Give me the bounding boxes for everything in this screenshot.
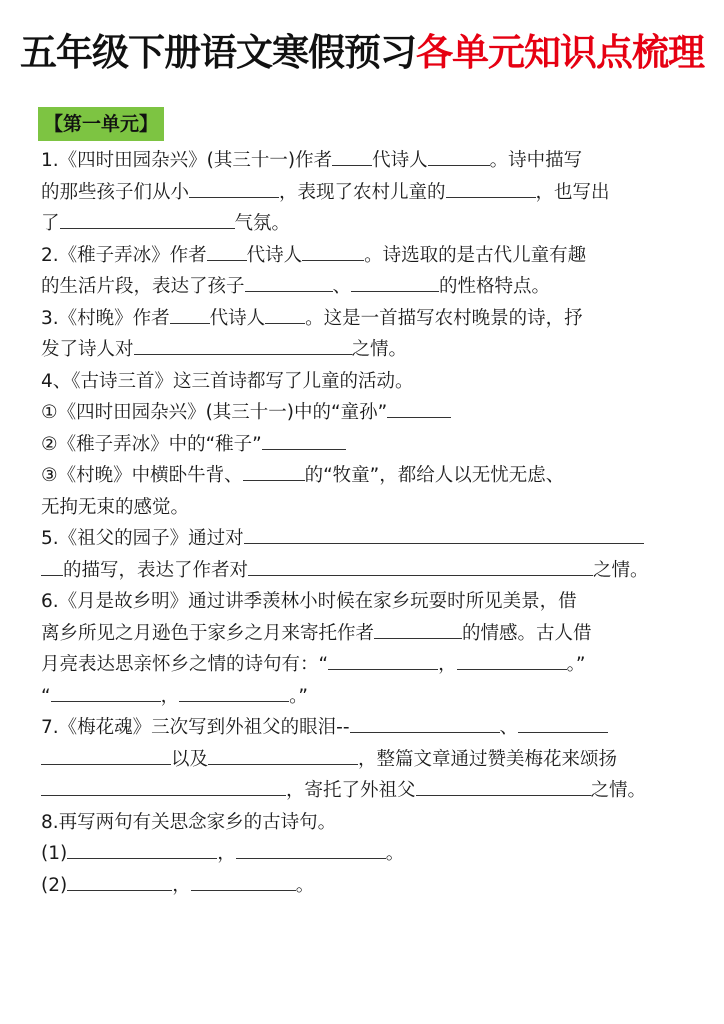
question-text: 。 — [386, 843, 405, 864]
question-text: 离乡所见之月逊色于家乡之月来寄托作者 — [41, 623, 374, 644]
answer-blank[interactable] — [243, 460, 305, 481]
question-text: 3.《村晚》作者 — [41, 308, 170, 329]
question-line: 发了诗人对之情。 — [41, 334, 691, 366]
answer-blank[interactable] — [428, 145, 490, 166]
answer-blank[interactable] — [332, 145, 372, 166]
question-text: 。诗选取的是古代儿童有趣 — [364, 245, 586, 266]
question-line: “，。” — [41, 681, 691, 713]
answer-blank[interactable] — [60, 208, 235, 229]
answer-blank[interactable] — [302, 240, 364, 261]
question-line: 离乡所见之月逊色于家乡之月来寄托作者的情感。古人借 — [41, 618, 691, 650]
question-text: ，表现了农村儿童的 — [279, 182, 446, 203]
question-4: 4、《古诗三首》这三首诗都写了儿童的活动。①《四时田园杂兴》(其三十一)中的“童… — [41, 366, 691, 524]
question-3: 3.《村晚》作者代诗人。这是一首描写农村晚景的诗，抒发了诗人对之情。 — [41, 303, 691, 366]
question-text: 了 — [41, 213, 60, 234]
answer-blank[interactable] — [387, 397, 451, 418]
question-text: 发了诗人对 — [41, 339, 134, 360]
question-text: 6.《月是故乡明》通过讲季羡林小时候在家乡玩耍时所见美景，借 — [41, 591, 577, 612]
question-text: 的“牧童”，都给人以无忧无虑、 — [305, 465, 565, 486]
question-line: 1.《四时田园杂兴》(其三十一)作者代诗人。诗中描写 — [41, 145, 691, 177]
question-text: 的那些孩子们从小 — [41, 182, 189, 203]
answer-blank[interactable] — [245, 271, 333, 292]
answer-blank[interactable] — [41, 744, 171, 765]
question-text: 的情感。古人借 — [462, 623, 592, 644]
question-line: 的那些孩子们从小，表现了农村儿童的，也写出 — [41, 177, 691, 209]
question-text: ，整篇文章通过赞美梅花来颂扬 — [358, 749, 617, 770]
question-text: 。这是一首描写农村晚景的诗，抒 — [305, 308, 583, 329]
question-text: ①《四时田园杂兴》(其三十一)中的“童孙” — [41, 402, 387, 423]
title-red-part: 各单元知识点梳理 — [416, 31, 704, 74]
question-text: 的描写，表达了作者对 — [63, 560, 248, 581]
answer-blank[interactable] — [416, 775, 591, 796]
question-text: ②《稚子弄冰》中的“稚子” — [41, 434, 262, 455]
question-text: 。 — [296, 875, 315, 896]
question-line: 了气氛。 — [41, 208, 691, 240]
question-line: 以及，整篇文章通过赞美梅花来颂扬 — [41, 744, 691, 776]
question-text: 之情。 — [352, 339, 408, 360]
question-text: ，寄托了外祖父 — [286, 780, 416, 801]
question-text: 7.《梅花魂》三次写到外祖父的眼泪-- — [41, 717, 350, 738]
question-text: 代诗人 — [247, 245, 303, 266]
question-text: 之情。 — [593, 560, 649, 581]
question-line: 月亮表达思亲怀乡之情的诗句有：“，。” — [41, 649, 691, 681]
question-text: 4、《古诗三首》这三首诗都写了儿童的活动。 — [41, 371, 414, 392]
question-text: 5.《祖父的园子》通过对 — [41, 528, 244, 549]
answer-blank[interactable] — [208, 744, 358, 765]
answer-blank[interactable] — [262, 429, 346, 450]
answer-blank[interactable] — [51, 681, 161, 702]
answer-blank[interactable] — [41, 555, 63, 576]
question-1: 1.《四时田园杂兴》(其三十一)作者代诗人。诗中描写的那些孩子们从小，表现了农村… — [41, 145, 691, 240]
question-5: 5.《祖父的园子》通过对的描写，表达了作者对之情。 — [41, 523, 691, 586]
question-text: 1.《四时田园杂兴》(其三十一)作者 — [41, 150, 332, 171]
question-text: 气氛。 — [235, 213, 291, 234]
question-line: 的生活片段，表达了孩子、的性格特点。 — [41, 271, 691, 303]
question-text: ，也写出 — [536, 182, 610, 203]
question-line: (1)，。 — [41, 838, 691, 870]
question-text: (2) — [41, 875, 67, 896]
page-title: 五年级下册语文寒假预习各单元知识点梳理 — [0, 28, 724, 78]
question-text: 、 — [500, 717, 519, 738]
question-line: 4、《古诗三首》这三首诗都写了儿童的活动。 — [41, 366, 691, 398]
answer-blank[interactable] — [134, 334, 352, 355]
question-6: 6.《月是故乡明》通过讲季羡林小时候在家乡玩耍时所见美景，借离乡所见之月逊色于家… — [41, 586, 691, 712]
question-text: ③《村晚》中横卧牛背、 — [41, 465, 243, 486]
question-text: 无拘无束的感觉。 — [41, 497, 189, 518]
answer-blank[interactable] — [457, 649, 567, 670]
question-text: ， — [161, 686, 180, 707]
answer-blank[interactable] — [67, 838, 217, 859]
question-text: ， — [172, 875, 191, 896]
question-text: 。” — [289, 686, 308, 707]
question-2: 2.《稚子弄冰》作者代诗人。诗选取的是古代儿童有趣的生活片段，表达了孩子、的性格… — [41, 240, 691, 303]
title-black-part: 五年级下册语文寒假预习 — [20, 31, 416, 74]
question-line: 6.《月是故乡明》通过讲季羡林小时候在家乡玩耍时所见美景，借 — [41, 586, 691, 618]
question-text: 代诗人 — [210, 308, 266, 329]
answer-blank[interactable] — [236, 838, 386, 859]
question-text: 代诗人 — [372, 150, 428, 171]
answer-blank[interactable] — [265, 303, 305, 324]
question-line: 2.《稚子弄冰》作者代诗人。诗选取的是古代儿童有趣 — [41, 240, 691, 272]
question-text: 8.再写两句有关思念家乡的古诗句。 — [41, 812, 336, 833]
answer-blank[interactable] — [374, 618, 462, 639]
question-line: ①《四时田园杂兴》(其三十一)中的“童孙” — [41, 397, 691, 429]
question-text: ， — [438, 654, 457, 675]
question-text: 。” — [567, 654, 586, 675]
section-label: 【第一单元】 — [38, 107, 164, 141]
question-line: 的描写，表达了作者对之情。 — [41, 555, 691, 587]
answer-blank[interactable] — [446, 177, 536, 198]
question-7: 7.《梅花魂》三次写到外祖父的眼泪--、以及，整篇文章通过赞美梅花来颂扬，寄托了… — [41, 712, 691, 807]
question-line: ③《村晚》中横卧牛背、的“牧童”，都给人以无忧无虑、 — [41, 460, 691, 492]
question-text: (1) — [41, 843, 67, 864]
answer-blank[interactable] — [67, 870, 172, 891]
question-8: 8.再写两句有关思念家乡的古诗句。(1)，。(2)，。 — [41, 807, 691, 902]
answer-blank[interactable] — [248, 555, 593, 576]
question-line: (2)，。 — [41, 870, 691, 902]
answer-blank[interactable] — [350, 712, 500, 733]
question-line: 无拘无束的感觉。 — [41, 492, 691, 524]
answer-blank[interactable] — [189, 177, 279, 198]
question-text: 、 — [333, 276, 352, 297]
answer-blank[interactable] — [328, 649, 438, 670]
question-line: 5.《祖父的园子》通过对 — [41, 523, 691, 555]
question-text: 的性格特点。 — [439, 276, 550, 297]
question-text: 之情。 — [591, 780, 647, 801]
answer-blank[interactable] — [179, 681, 289, 702]
answer-blank[interactable] — [191, 870, 296, 891]
answer-blank[interactable] — [207, 240, 247, 261]
question-line: 8.再写两句有关思念家乡的古诗句。 — [41, 807, 691, 839]
question-text: 月亮表达思亲怀乡之情的诗句有：“ — [41, 654, 328, 675]
answer-blank[interactable] — [170, 303, 210, 324]
answer-blank[interactable] — [351, 271, 439, 292]
question-line: 3.《村晚》作者代诗人。这是一首描写农村晚景的诗，抒 — [41, 303, 691, 335]
answer-blank[interactable] — [244, 523, 644, 544]
answer-blank[interactable] — [518, 712, 608, 733]
answer-blank[interactable] — [41, 775, 286, 796]
question-text: 的生活片段，表达了孩子 — [41, 276, 245, 297]
question-text: ， — [217, 843, 236, 864]
question-line: 7.《梅花魂》三次写到外祖父的眼泪--、 — [41, 712, 691, 744]
question-line: ，寄托了外祖父之情。 — [41, 775, 691, 807]
question-list: 1.《四时田园杂兴》(其三十一)作者代诗人。诗中描写的那些孩子们从小，表现了农村… — [41, 145, 691, 901]
question-text: 2.《稚子弄冰》作者 — [41, 245, 207, 266]
question-text: 以及 — [171, 749, 208, 770]
question-text: “ — [41, 686, 51, 707]
question-text: 。诗中描写 — [490, 150, 583, 171]
question-line: ②《稚子弄冰》中的“稚子” — [41, 429, 691, 461]
